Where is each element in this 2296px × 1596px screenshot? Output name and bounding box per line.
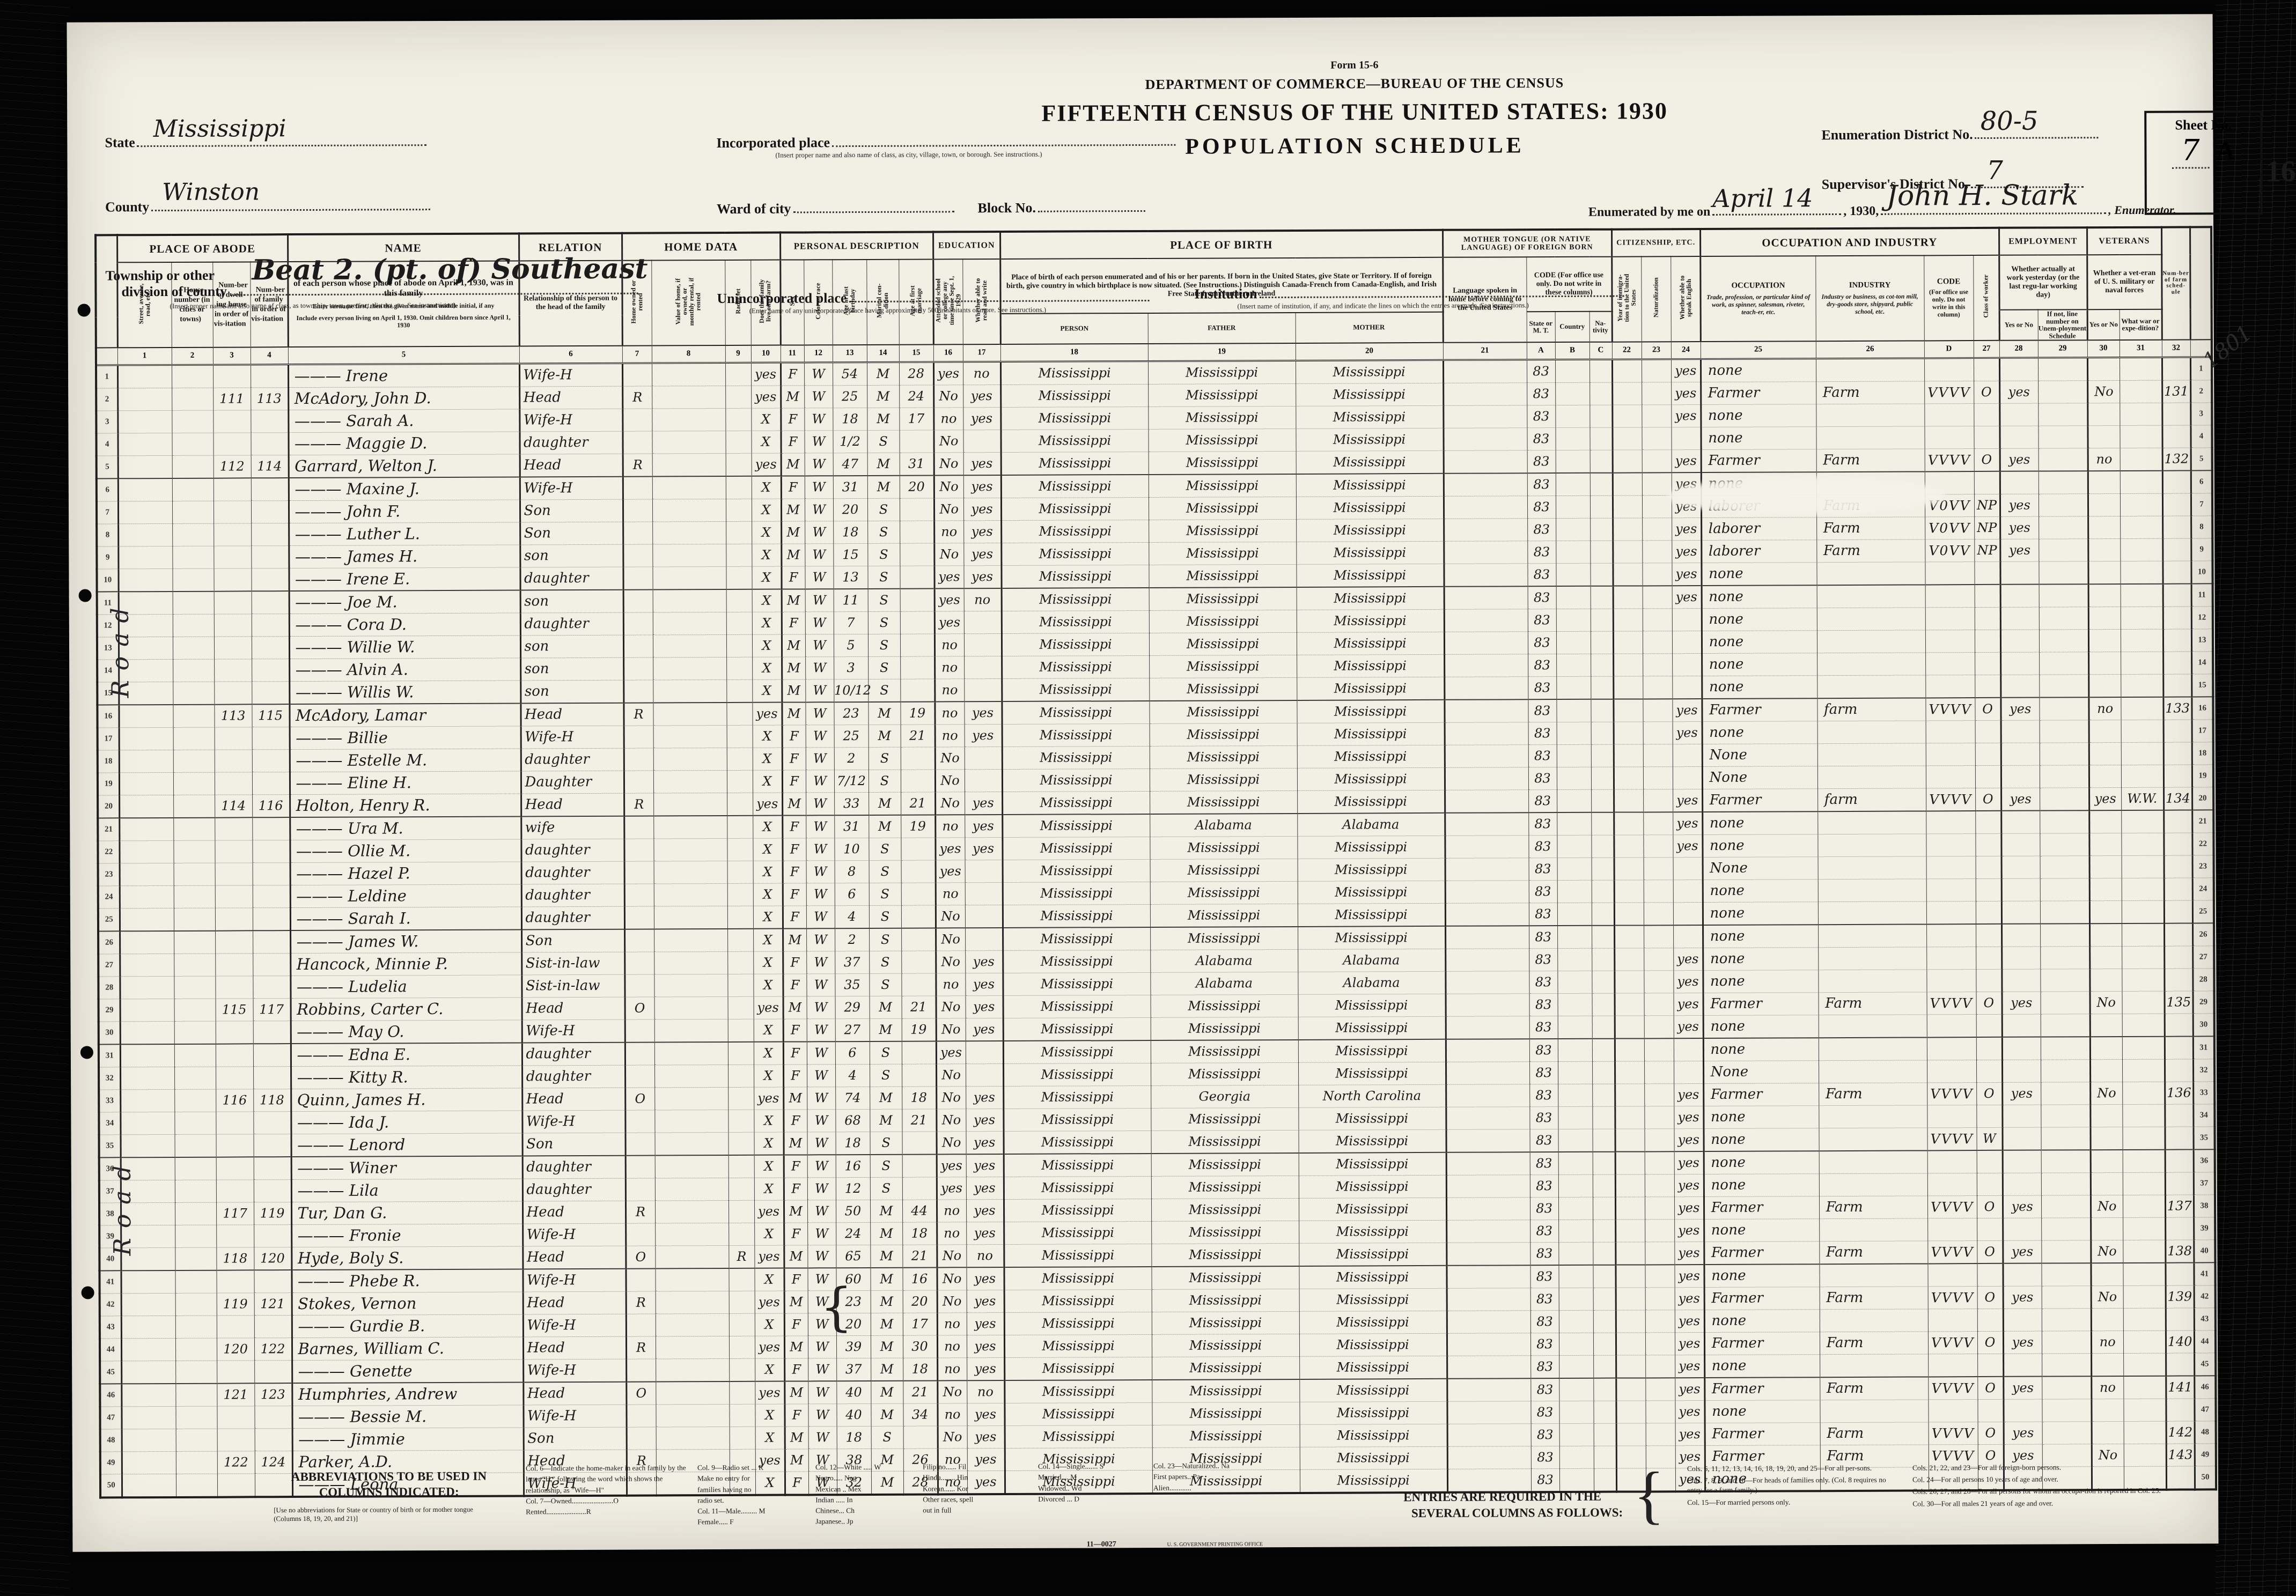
cell-unemployment-line [2039,607,2088,629]
cell-radio-set [728,1223,754,1245]
footer-note-line: Col. 24—For all persons 10 years of age … [1912,1474,2170,1485]
sheet-letter: A [2216,135,2235,166]
footer-note-line: Indian ..... In [815,1494,912,1505]
cell-naturalization [1644,948,1673,970]
cell-family-number [255,1428,292,1451]
cell-sex: M [781,521,805,543]
cell-unemployment-line [2040,900,2089,923]
cell-occupation: None [1703,856,1818,880]
cell-age-first-marriage: 18 [903,1358,937,1381]
cell-family-number: 113 [251,387,288,410]
entries-col-1: Cols. 6, 11, 12, 13, 14, 16, 18, 19, 20,… [1687,1464,1896,1510]
cell-immigration-year [1615,1174,1645,1196]
cell-attended-school: no [934,656,964,678]
cell-birthplace-father: Mississippi [1152,1266,1299,1289]
cell-worked-yesterday [1999,403,2038,426]
cell-farm-schedule [2164,900,2192,923]
cell-attended-school: No [937,1290,967,1312]
cell-immigration-year [1616,1310,1645,1332]
cell-home-owned [622,431,652,454]
cell-birthplace-person: Mississippi [1004,1244,1151,1267]
cell-color-race: W [806,951,835,973]
cell-age: 37 [835,951,869,973]
enum-district-line: Enumeration District No. 80-5 [1821,126,2098,143]
cell-sex: M [782,634,805,656]
cell-occupation: Farmer [1704,1377,1820,1400]
cell-farm: X [755,1358,784,1381]
cell-speaks-english: yes [1674,1128,1704,1151]
cell-marital-condition: S [867,521,900,543]
cell-age-first-marriage [901,973,936,996]
cell-home-value [652,408,725,431]
cell-age: 8 [835,860,869,883]
cell-occupation: Farmer [1703,1083,1819,1106]
cell-code-c [1590,496,1613,518]
cell-read-write [964,678,1002,701]
cell-home-value [652,431,725,454]
cell-mother-tongue [1445,722,1528,745]
cell-birthplace-mother: Mississippi [1299,1401,1447,1424]
cell-farm: X [752,544,781,566]
cell-radio-set [726,453,752,476]
cell-code-b [1556,496,1590,518]
cell-name: Garrard, Welton J. [289,454,520,478]
cell-family-number: 123 [254,1383,292,1406]
cell-speaks-english [1673,880,1703,902]
cell-immigration-year [1615,1106,1644,1128]
cell-mother-tongue [1447,1355,1530,1378]
cell-family-number [254,1224,291,1247]
cell-war-expedition [2122,1036,2165,1059]
cell-code-d: VVVV [1928,1331,1977,1354]
cell-color-race: W [807,1041,835,1065]
cell-mother-tongue [1447,1401,1530,1424]
cell-code-b [1558,1129,1593,1152]
cell-family-number [253,976,290,998]
cell-code-c [1590,518,1613,541]
cell-read-write [965,905,1003,928]
cell-birthplace-person: Mississippi [1002,723,1150,747]
column-number: 6 [519,345,622,363]
cell-farm-schedule [2163,561,2191,584]
cell-code-a: 83 [1529,903,1557,926]
cell-code-d [1927,1218,1977,1240]
cell-farm: X [754,1268,784,1291]
cell-family-number [253,907,290,930]
cell-speaks-english: yes [1675,1355,1704,1378]
cell-immigration-year [1612,359,1642,382]
cell-code-c [1590,427,1613,450]
cell-birthplace-mother: Mississippi [1298,858,1445,881]
cell-home-value [653,838,727,861]
cell-name: ——— Lila [291,1179,523,1202]
col-industry: INDUSTRYIndustry or business, as cot-ton… [1815,255,1924,341]
cell-unemployment-line [2042,1353,2091,1376]
cell-code-b [1559,1310,1593,1333]
cell-naturalization [1645,1332,1675,1355]
group-veterans: VETERANS [2087,227,2161,255]
cell-house-number [172,388,213,410]
incorporated-label: Incorporated place [716,135,830,151]
cell-name: ——— Fronie [291,1224,523,1247]
cell-radio-set [728,1110,754,1132]
cell-house-number [173,614,214,637]
cell-attended-school: no [937,1312,967,1335]
cell-war-expedition [2123,1285,2166,1308]
cell-code-a: 83 [1530,1242,1558,1265]
cell-unemployment-line [2042,1285,2091,1308]
cell-naturalization [1644,1061,1674,1083]
cell-speaks-english [1673,766,1702,789]
col-name-desc: of each person whose place of abode on A… [288,261,519,346]
cell-house-number [173,704,214,727]
cell-family-number [252,749,290,772]
cell-read-write: yes [966,1177,1004,1199]
cell-name: McAdory, Lamar [289,703,520,727]
cell-relation: Wife-H [521,726,624,749]
cell-dwelling-number: 115 [216,998,253,1021]
cell-birthplace-person: Mississippi [1000,361,1148,385]
cell-color-race: W [806,815,834,838]
cell-veteran [2088,652,2121,674]
cell-read-write: yes [967,1312,1004,1335]
cell-speaks-english [1673,744,1702,766]
cell-birthplace-father: Mississippi [1149,519,1296,542]
cell-code-b [1557,812,1591,835]
entries-title: ENTRIES ARE REQUIRED IN THE SEVERAL COLU… [1376,1489,1601,1521]
cell-speaks-english: yes [1672,586,1702,609]
cell-home-value [655,1155,728,1178]
cell-industry [1817,720,1926,743]
cell-mother-tongue [1446,1129,1530,1152]
cell-dwelling-number: 122 [217,1451,255,1473]
cell-birthplace-mother: Mississippi [1297,654,1444,677]
cell-relation: Sist-in-law [521,952,624,975]
cell-naturalization [1645,1265,1675,1288]
col-code-a: State or M. T. [1527,312,1555,342]
cell-occupation: none [1702,721,1817,744]
group-citizenship: CITIZENSHIP, ETC. [1611,229,1700,257]
birth-description: Place of birth of each person enumerated… [1000,257,1443,314]
cell-code-c [1593,1151,1615,1174]
cell-sex: M [781,453,805,476]
cell-read-write: yes [967,1403,1004,1425]
cell-industry: Farm [1819,1195,1927,1218]
cell-code-a: 83 [1527,427,1556,450]
cell-code-c [1593,1310,1616,1333]
cell-name: ——— John F. [289,500,520,523]
cell-naturalization [1645,1174,1674,1196]
cell-birthplace-person: Mississippi [1003,1085,1151,1109]
cell-mother-tongue [1445,926,1529,949]
cell-birthplace-father: Mississippi [1151,1062,1298,1085]
cell-farm: yes [754,1200,784,1223]
cell-naturalization [1642,359,1671,382]
cell-home-value [654,1065,728,1088]
cell-veteran [2089,720,2121,742]
cell-code-d [1926,878,1976,901]
line-number: 50 [100,1474,122,1497]
col-worker-class: Class of worker [1973,255,1999,341]
cell-birthplace-person: Mississippi [1002,769,1150,792]
cell-occupation: none [1704,1151,1819,1174]
cell-age: 1/2 [833,430,867,453]
cell-unemployment-line [2041,1172,2091,1195]
column-number: 7 [622,345,652,363]
cell-relation: daughter [519,431,622,454]
cell-family-number [251,432,288,455]
cell-unemployment-line [2042,1263,2091,1286]
cell-house-number [173,840,215,863]
cell-home-owned: R [623,454,652,477]
cell-marital-condition: S [869,838,901,860]
cell-name: ——— Lenord [291,1133,523,1157]
cell-name: ——— Joe M. [289,590,520,614]
cell-code-d [1928,1263,1977,1287]
column-number: 24 [1671,342,1701,359]
cell-code-a: 83 [1530,1333,1559,1355]
line-number: 17 [98,727,119,750]
cell-home-value [655,1178,728,1201]
cell-birthplace-person: Mississippi [1004,1267,1152,1290]
cell-industry [1816,426,1925,449]
cell-family-number: 122 [254,1338,292,1360]
cell-unemployment-line [2039,674,2088,697]
cell-birthplace-father: Mississippi [1150,904,1298,927]
column-number: 11 [781,345,804,363]
cell-industry [1818,878,1926,902]
cell-home-owned [624,771,653,793]
cell-birthplace-mother: Mississippi [1297,699,1444,723]
cell-code-a: 83 [1528,586,1556,609]
cell-mother-tongue [1446,1174,1530,1198]
cell-occupation: Farmer [1703,992,1819,1015]
cell-read-write: yes [966,1131,1004,1154]
column-number: D [1924,341,1974,358]
cell-relation: Wife-H [523,1314,626,1337]
column-number: 18 [1000,344,1148,362]
cell-radio-set [729,1291,755,1313]
line-number-right: 4 [2191,425,2212,447]
cell-house-number [173,637,214,659]
cell-worked-yesterday: yes [1999,381,2038,403]
cell-code-c [1592,1084,1615,1106]
cell-farm-schedule [2163,607,2191,629]
cell-birthplace-mother: Mississippi [1299,1333,1447,1356]
cell-code-a: 83 [1528,789,1557,812]
cell-farm-schedule [2166,1308,2194,1331]
cell-relation: daughter [522,1042,625,1065]
line-number-right: 12 [2191,606,2213,629]
cell-worker-class [1976,1037,2002,1060]
cell-color-race: W [808,1358,836,1381]
film-scratches-left [0,0,70,1596]
cell-home-owned [625,1110,654,1133]
cell-worked-yesterday [2001,810,2040,833]
cell-family-number [252,614,289,636]
cell-relation: Wife-H [523,1405,626,1428]
cell-farm-schedule: 142 [2166,1421,2195,1444]
cell-immigration-year [1613,608,1643,631]
cell-birthplace-father: Mississippi [1151,1152,1299,1176]
cell-age: 10/12 [834,679,868,702]
cell-read-write: yes [967,1267,1004,1290]
cell-immigration-year [1613,449,1642,472]
cell-naturalization [1643,608,1672,631]
cell-home-owned [624,726,653,748]
cell-worked-yesterday [2003,1309,2042,1331]
group-education: EDUCATION [933,232,1000,259]
cell-farm: yes [752,702,782,725]
cell-sex: M [783,928,806,951]
cell-home-owned [625,1042,654,1065]
cell-veteran [2091,1308,2123,1331]
cell-color-race: W [807,1064,835,1087]
line-number: 1 [96,365,117,388]
group-employment: EMPLOYMENT [1999,227,2087,255]
cell-naturalization [1644,970,1673,993]
cell-code-b [1557,971,1592,993]
cell-code-d: VVVV [1924,381,1974,403]
cell-dwelling-number: 111 [213,387,251,410]
footer-note-line: Col. 23—Naturalized.. Na [1153,1460,1266,1472]
cell-mother-tongue [1443,359,1527,383]
cell-radio-set [727,748,753,770]
cell-read-write [966,1063,1003,1086]
cell-dwelling-number [215,930,253,954]
cell-immigration-year [1616,1332,1645,1355]
cell-birthplace-person: Mississippi [1004,1289,1152,1312]
cell-age-first-marriage [901,838,935,860]
cell-birthplace-mother: Mississippi [1298,881,1445,904]
cell-industry [1819,1105,1927,1128]
cell-farm-schedule [2164,946,2192,969]
cell-code-a: 83 [1529,1061,1558,1084]
cell-color-race: W [806,838,834,860]
col-code-b: Country [1555,312,1589,342]
line-number: 48 [100,1429,122,1451]
cell-war-expedition [2121,583,2163,607]
cell-code-b [1556,654,1591,676]
footer-note-line: Col. 7—Owned.......................O [526,1495,687,1506]
cell-house-number [175,1383,217,1406]
abbrev-col-12b: Filipino...... FilHindu........ HinKorea… [923,1461,1025,1516]
cell-veteran [2089,833,2122,855]
cell-age-first-marriage [901,928,936,951]
cell-radio-set [727,861,753,883]
cell-color-race: W [805,543,833,566]
cell-street [122,1474,176,1497]
cell-birthplace-person: Mississippi [1005,1425,1152,1448]
cell-farm-schedule: 134 [2163,787,2192,810]
cell-attended-school: yes [935,837,965,860]
cell-veteran [2088,493,2120,516]
cell-mother-tongue [1447,1423,1531,1446]
cell-birthplace-father: Mississippi [1151,1130,1299,1154]
cell-home-value [656,1313,729,1336]
cell-name: Hyde, Boly S. [291,1246,523,1270]
cell-immigration-year [1616,1265,1645,1288]
cell-birthplace-mother: Alabama [1298,971,1445,994]
cell-farm-schedule: 143 [2166,1444,2195,1466]
cell-attended-school: No [933,385,963,407]
col-code-d: CODE(For office use only. Do not write i… [1924,255,1974,341]
cell-worked-yesterday [2001,833,2040,856]
col-age: Age at last birthday [832,260,867,345]
cell-war-expedition [2123,1331,2166,1353]
cell-house-number [174,930,215,954]
line-number-right: 6 [2191,470,2212,493]
cell-farm: X [755,1404,784,1427]
cell-sex: F [783,1018,807,1041]
cell-age-first-marriage [900,656,934,679]
cell-industry: Farm [1819,1240,1927,1263]
cell-code-d [1927,1014,1976,1037]
cell-immigration-year [1612,382,1642,404]
cell-dwelling-number: 117 [216,1202,254,1224]
footer-note-line: radio set. [697,1495,799,1506]
cell-code-b [1556,676,1591,699]
cell-mother-tongue [1443,405,1527,428]
cell-unemployment-line [2039,493,2088,516]
cell-relation: son [520,635,623,658]
cell-name: McAdory, John D. [288,387,519,410]
cell-naturalization [1643,721,1673,744]
cell-veteran [2090,1014,2122,1037]
cell-code-d: VVVV [1927,1195,1977,1218]
cell-mother-tongue [1444,699,1528,722]
cell-code-a: 83 [1528,744,1557,767]
cell-home-owned: O [625,997,654,1019]
cell-color-race: W [805,634,834,656]
cell-worker-class: W [1977,1127,2003,1150]
cell-naturalization [1642,427,1672,449]
cell-read-write: yes [967,1357,1004,1380]
cell-worker-class [1976,856,2001,878]
cell-code-c [1594,1446,1616,1468]
cell-immigration-year [1614,812,1643,835]
cell-code-c [1593,1220,1615,1242]
cell-immigration-year [1614,699,1643,722]
cell-veteran [2091,1172,2123,1195]
cell-occupation: Farmer [1701,381,1816,404]
cell-worker-class: NP [1974,494,2000,516]
cell-family-number [254,1406,292,1428]
cell-attended-school: No [934,543,963,565]
cell-industry: Farm [1819,992,1927,1015]
cell-relation: daughter [521,884,624,907]
cell-industry [1820,1399,1929,1422]
enum-district-value: 80-5 [1981,106,2039,136]
cell-radio-set [727,928,753,951]
cell-mother-tongue [1445,858,1529,881]
cell-family-number [251,478,289,501]
footer-note-line: families having no [697,1484,799,1495]
cell-home-owned [626,1314,656,1336]
cell-house-number [175,1157,216,1180]
cell-house-number [172,501,214,523]
cell-radio-set [727,815,753,838]
cell-mother-tongue [1447,1288,1530,1311]
cell-age: 2 [835,928,869,951]
cell-mother-tongue [1446,1084,1529,1107]
cell-home-owned [625,1133,655,1156]
cell-farm: yes [753,793,782,816]
cell-farm: X [753,951,783,974]
cell-family-number [252,659,289,681]
cell-war-expedition [2124,1399,2166,1421]
cell-attended-school: No [937,1267,967,1290]
